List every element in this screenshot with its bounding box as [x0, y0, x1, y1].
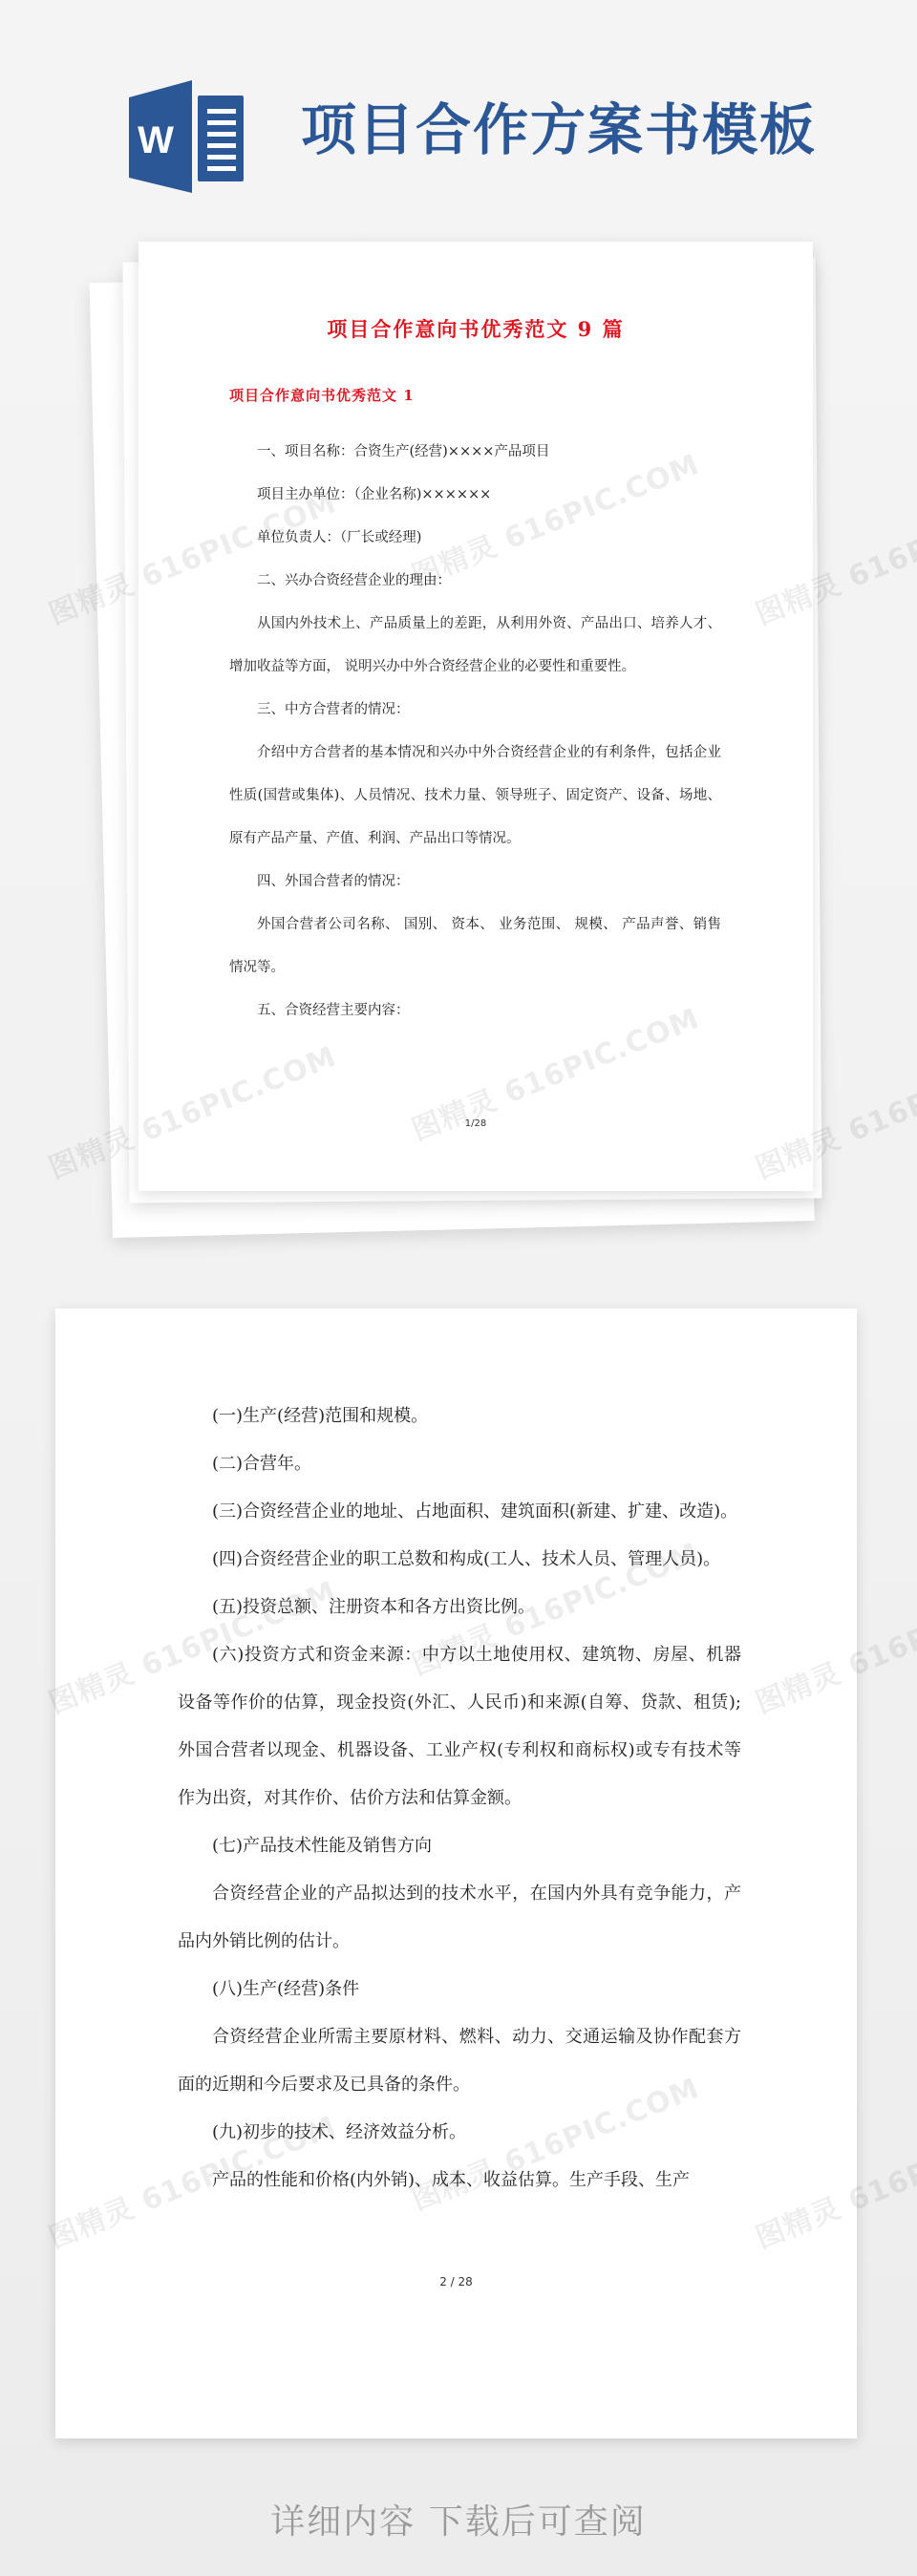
paragraph: 四、外国合营者的情况：	[229, 861, 721, 904]
document-title: 项目合作意向书优秀范文 9 篇	[139, 314, 813, 343]
paragraph: (九)初步的技术、经济效益分析。	[178, 2109, 741, 2157]
paragraph: 产品的性能和价格(内外销)、成本、收益估算。生产手段、生产	[178, 2157, 741, 2204]
paragraph: 单位负责人：（厂长或经理)	[229, 517, 721, 560]
paragraph: (八)生产(经营)条件	[178, 1966, 741, 2013]
paragraph: 一、项目名称：合资生产(经营)××××产品项目	[229, 431, 721, 474]
paragraph: 合资经营企业所需主要原材料、燃料、动力、交通运输及协作配套方面的近期和今后要求及…	[178, 2013, 741, 2109]
paragraph: 项目主办单位：（企业名称)××××××	[229, 474, 721, 517]
document-page-2: (一)生产(经营)范围和规模。 (二)合营年。 (三)合资经营企业的地址、占地面…	[55, 1309, 857, 2438]
banner-title: 项目合作方案书模板	[301, 92, 817, 168]
paragraph: (一)生产(经营)范围和规模。	[178, 1393, 741, 1440]
paragraph: 外国合营者公司名称、 国别、 资本、 业务范围、 规模、 产品声誉、销售情况等。	[229, 904, 721, 990]
page-number: 1/28	[139, 1118, 813, 1129]
paragraph: 五、合资经营主要内容：	[229, 990, 721, 1033]
page-body: 一、项目名称：合资生产(经营)××××产品项目 项目主办单位：（企业名称)×××…	[229, 431, 721, 1033]
paragraph: 从国内外技术上、产品质量上的差距，从利用外资、产品出口、培养人才、 增加收益等方…	[229, 603, 721, 689]
document-page-1: 项目合作意向书优秀范文 9 篇 项目合作意向书优秀范文 1 一、项目名称：合资生…	[139, 242, 813, 1191]
svg-text:W: W	[138, 119, 174, 161]
page-number: 2 / 28	[55, 2275, 857, 2289]
paragraph: 三、中方合营者的情况：	[229, 689, 721, 732]
paragraph: (七)产品技术性能及销售方向	[178, 1822, 741, 1870]
paragraph: (四)合资经营企业的职工总数和构成(工人、技术人员、管理人员)。	[178, 1536, 741, 1584]
paragraph: (二)合营年。	[178, 1440, 741, 1488]
paragraph: (六)投资方式和资金来源：中方以土地使用权、建筑物、房屋、机器设备等作价的估算，…	[178, 1631, 741, 1822]
paragraph: 合资经营企业的产品拟达到的技术水平，在国内外具有竞争能力，产品内外销比例的估计。	[178, 1870, 741, 1966]
paragraph: 介绍中方合营者的基本情况和兴办中外合资经营企业的有利条件，包括企业性质(国营或集…	[229, 732, 721, 861]
paragraph: 二、兴办合资经营企业的理由：	[229, 560, 721, 603]
paragraph: (五)投资总额、注册资本和各方出资比例。	[178, 1584, 741, 1631]
download-prompt: 详细内容 下载后可查阅	[0, 2495, 917, 2544]
paragraph: (三)合资经营企业的地址、占地面积、建筑面积(新建、扩建、改造)。	[178, 1488, 741, 1536]
page-body: (一)生产(经营)范围和规模。 (二)合营年。 (三)合资经营企业的地址、占地面…	[178, 1393, 741, 2204]
section-heading: 项目合作意向书优秀范文 1	[229, 385, 415, 405]
word-document-icon: W	[127, 80, 245, 193]
